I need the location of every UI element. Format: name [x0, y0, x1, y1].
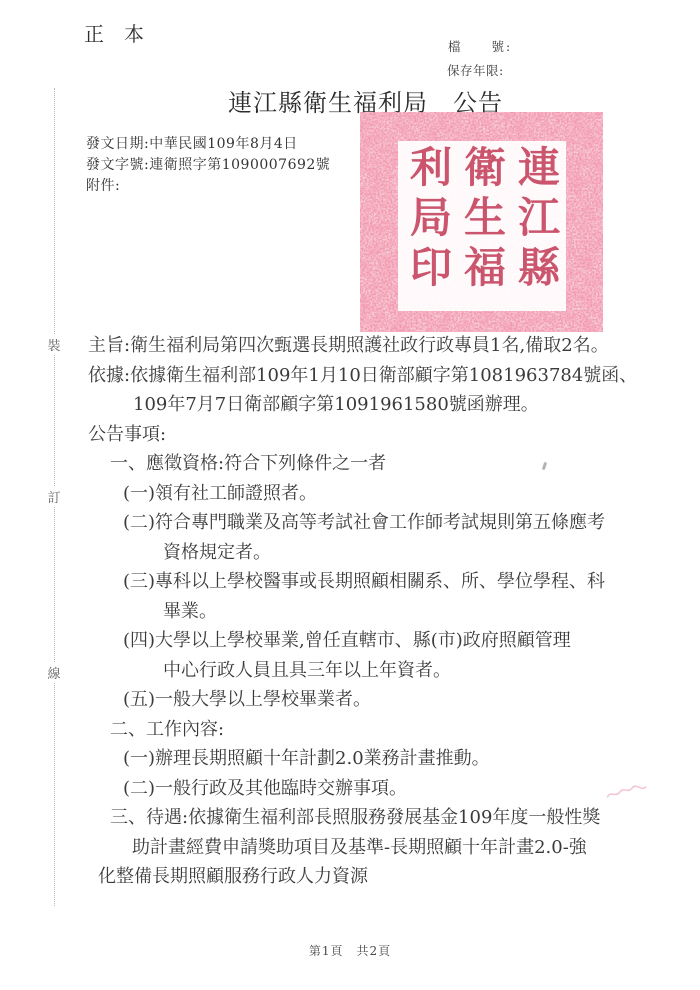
- item-1-1: (一)領有社工師證照者。: [0, 479, 700, 509]
- item-3-heading: 三、待遇:依據衛生福利部長照服務發展基金109年度一般性獎: [0, 803, 700, 833]
- copy-type-label: 正 本: [84, 18, 144, 47]
- doc-number-line: 發文字號:連衛照字第1090007692號: [86, 155, 330, 176]
- retention-period-label: 保存年限:: [447, 61, 504, 79]
- item-1-5: (五)一般大學以上學校畢業者。: [0, 685, 700, 715]
- subject-line: 主旨:衛生福利局第四次甄選長期照護社政行政專員1名,備取2名。: [0, 331, 700, 361]
- basis-line: 依據:依據衛生福利部109年1月10日衛部顧字第1081963784號函、: [0, 361, 700, 391]
- item-1-3-cont: 畢業。: [0, 597, 700, 627]
- document-meta-block: 發文日期:中華民國109年8月4日 發文字號:連衛照字第1090007692號 …: [86, 134, 330, 197]
- item-3-cont-1: 助計畫經費申請獎助項目及基準-長期照顧十年計畫2.0-強: [0, 833, 700, 863]
- announcement-body: 主旨:衛生福利局第四次甄選長期照護社政行政專員1名,備取2名。 依據:依據衛生福…: [0, 331, 700, 892]
- item-1-4: (四)大學以上學校畢業,曾任直轄市、縣(市)政府照顧管理: [0, 626, 700, 656]
- scanned-announcement-page: 正 本 檔 號: 保存年限: 連江縣衛生福利局 公告 發文日期:中華民國109年…: [0, 0, 700, 990]
- seal-inner-panel: 連江縣衛生福利局印: [398, 141, 566, 311]
- item-2-1: (一)辦理長期照顧十年計劃2.0業務計畫推動。: [0, 744, 700, 774]
- item-2-heading: 二、工作內容:: [0, 715, 700, 745]
- item-1-2: (二)符合專門職業及高等考試社會工作師考試規則第五條應考: [0, 508, 700, 538]
- item-1-4-cont: 中心行政人員且具三年以上年資者。: [0, 656, 700, 686]
- items-heading: 公告事項:: [0, 420, 700, 450]
- official-seal: 連江縣衛生福利局印: [360, 112, 603, 332]
- item-1-3: (三)專科以上學校醫事或長期照顧相關系、所、學位學程、科: [0, 567, 700, 597]
- basis-line-cont: 109年7月7日衛部顧字第1091961580號函辦理。: [0, 390, 700, 420]
- page-number: 第1頁 共2頁: [0, 942, 700, 959]
- issue-date-line: 發文日期:中華民國109年8月4日: [86, 134, 330, 155]
- item-1-heading: 一、應徵資格:符合下列條件之一者: [0, 449, 700, 479]
- item-2-2: (二)一般行政及其他臨時交辦事項。: [0, 774, 700, 804]
- attachment-line: 附件:: [86, 176, 330, 197]
- file-number-label: 檔 號:: [448, 37, 512, 55]
- item-1-2-cont: 資格規定者。: [0, 538, 700, 568]
- seal-characters: 連江縣衛生福利局印: [401, 141, 563, 311]
- item-3-cont-2: 化整備長期照顧服務行政人力資源: [0, 862, 700, 892]
